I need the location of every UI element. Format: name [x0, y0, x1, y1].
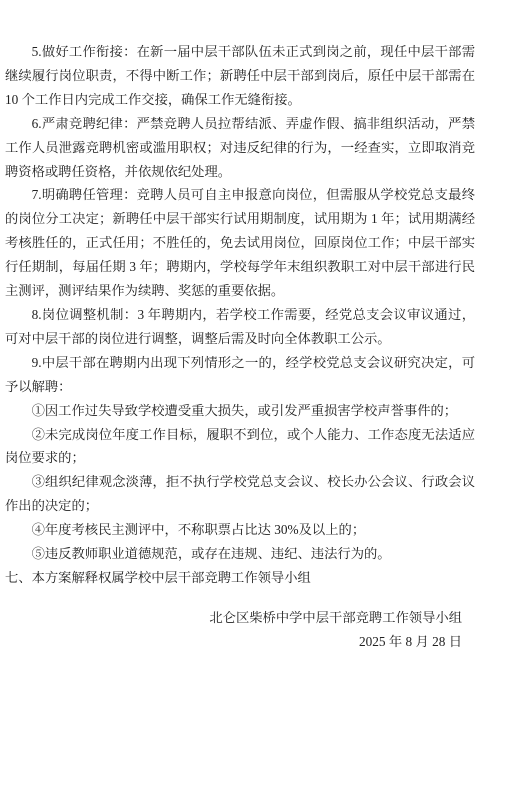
signature-date: 2025 年 8 月 28 日 [5, 630, 462, 654]
para-5-work-handover: 5.做好工作衔接：在新一届中层干部队伍未正式到岗之前，现任中层干部需继续履行岗位… [5, 40, 475, 112]
document-page: 5.做好工作衔接：在新一届中层干部队伍未正式到岗之前，现任中层干部需继续履行岗位… [0, 0, 507, 654]
para-7-appointment: 7.明确聘任管理：竞聘人员可自主申报意向岗位，但需服从学校党总支最终的岗位分工决… [5, 183, 475, 303]
para-8-post-adjustment: 8.岗位调整机制：3 年聘期内，若学校工作需要，经党总支会议审议通过，可对中层干… [5, 303, 475, 351]
clause-2: ②未完成岗位年度工作目标，履职不到位，或个人能力、工作态度无法适应岗位要求的； [5, 423, 475, 471]
signature-block: 北仑区柴桥中学中层干部竞聘工作领导小组 2025 年 8 月 28 日 [5, 606, 475, 654]
clause-5: ⑤违反教师职业道德规范，或存在违规、违纪、违法行为的。 [5, 542, 475, 566]
para-9-dismissal-intro: 9.中层干部在聘期内出现下列情形之一的，经学校党总支会议研究决定，可予以解聘： [5, 351, 475, 399]
clause-3: ③组织纪律观念淡薄，拒不执行学校党总支会议、校长办公会议、行政会议作出的决定的； [5, 470, 475, 518]
clause-4: ④年度考核民主测评中，不称职票占比达 30%及以上的； [5, 518, 475, 542]
signature-organization: 北仑区柴桥中学中层干部竞聘工作领导小组 [5, 606, 462, 630]
para-6-discipline: 6.严肃竞聘纪律：严禁竞聘人员拉帮结派、弄虚作假、搞非组织活动，严禁工作人员泄露… [5, 112, 475, 184]
section-7-heading: 七、本方案解释权属学校中层干部竞聘工作领导小组 [5, 566, 475, 590]
clause-1: ①因工作过失导致学校遭受重大损失，或引发严重损害学校声誉事件的； [5, 399, 475, 423]
